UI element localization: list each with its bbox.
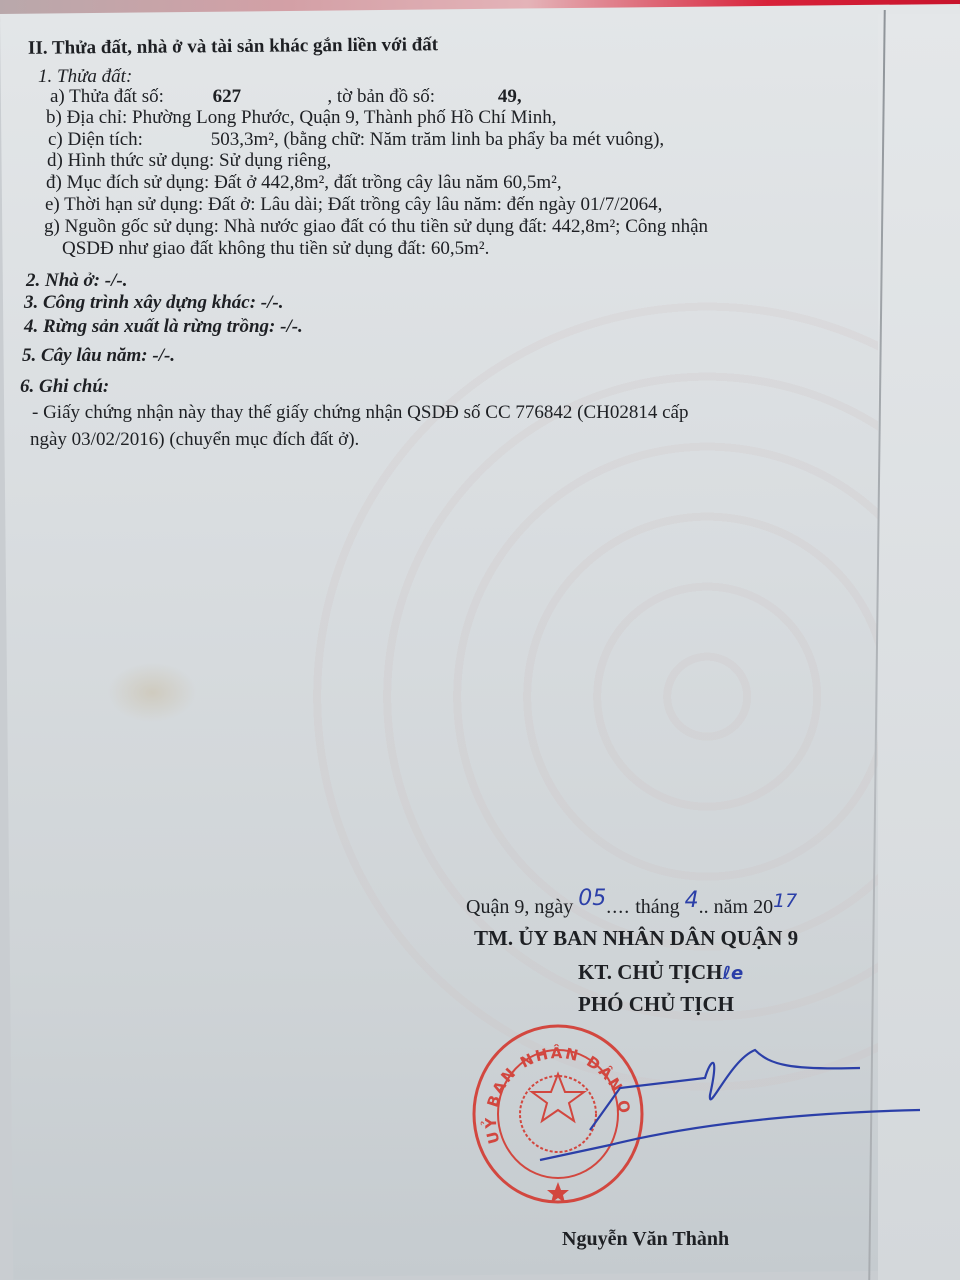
document-content: II. Thửa đất, nhà ở và tài sản khác gắn … [0,0,960,1280]
notes-heading: 6. Ghi chú: [20,376,109,398]
handwritten-signature [530,1040,930,1180]
usage-form-row: d) Hình thức sử dụng: Sử dụng riêng, [47,150,331,172]
handwritten-year: 17 [773,890,797,912]
usage-purpose-row: đ) Mục đích sử dụng: Đất ở 442,8m², đất … [46,172,562,194]
authority-title: TM. ỦY BAN NHÂN DÂN QUẬN 9 [474,926,798,951]
place-date-prefix: Quận 9, ngày [466,896,573,918]
other-construction-row: 3. Công trình xây dựng khác: -/-. [24,292,283,314]
parcel-number-row: a) Thửa đất số: 627 , tờ bản đồ số: 49, [50,86,522,108]
parcel-number-value: 627 [169,86,323,108]
year-label: năm 20 [714,896,773,918]
map-sheet-label: , tờ bản đồ số: [327,86,435,107]
usage-origin-row: g) Nguồn gốc sử dụng: Nhà nước giao đất … [44,216,708,238]
role-line-1: KT. CHỦ TỊCHℓe [578,960,743,985]
forest-row: 4. Rừng sản xuất là rừng trồng: -/-. [24,316,303,338]
signer-name: Nguyễn Văn Thành [562,1228,729,1251]
notes-line-1: - Giấy chứng nhận này thay thế giấy chứn… [32,402,688,424]
handwritten-day: 05 [578,886,606,911]
initial-mark: ℓe [723,963,744,984]
area-row: c) Diện tích: 503,3m², (bằng chữ: Năm tr… [48,129,664,151]
usage-origin-row-cont: QSDĐ như giao đất không thu tiền sử dụng… [62,238,489,260]
perennial-row: 5. Cây lâu năm: -/-. [22,345,175,367]
area-label: c) Diện tích: [48,129,206,151]
parcel-heading: 1. Thửa đất: [38,66,132,88]
notes-line-2: ngày 03/02/2016) (chuyển mục đích đất ở)… [30,429,359,451]
house-row: 2. Nhà ở: -/-. [26,270,128,292]
usage-term-row: e) Thời hạn sử dụng: Đất ở: Lâu dài; Đất… [45,194,662,216]
address-row: b) Địa chỉ: Phường Long Phước, Quận 9, T… [46,107,557,129]
section-title: II. Thửa đất, nhà ở và tài sản khác gắn … [28,34,438,60]
month-label: tháng [635,896,679,918]
role-1-text: KT. CHỦ TỊCH [578,960,723,984]
map-sheet-value: 49, [440,86,522,107]
handwritten-month: 4 [685,888,699,913]
role-line-2: PHÓ CHỦ TỊCH [578,992,734,1017]
place-date: Quận 9, ngày 05.... tháng 4.. năm 2017 [466,894,797,919]
area-value: 503,3m², (bằng chữ: Năm trăm linh ba phẩ… [211,129,664,150]
parcel-number-label: a) Thửa đất số: [50,86,164,107]
